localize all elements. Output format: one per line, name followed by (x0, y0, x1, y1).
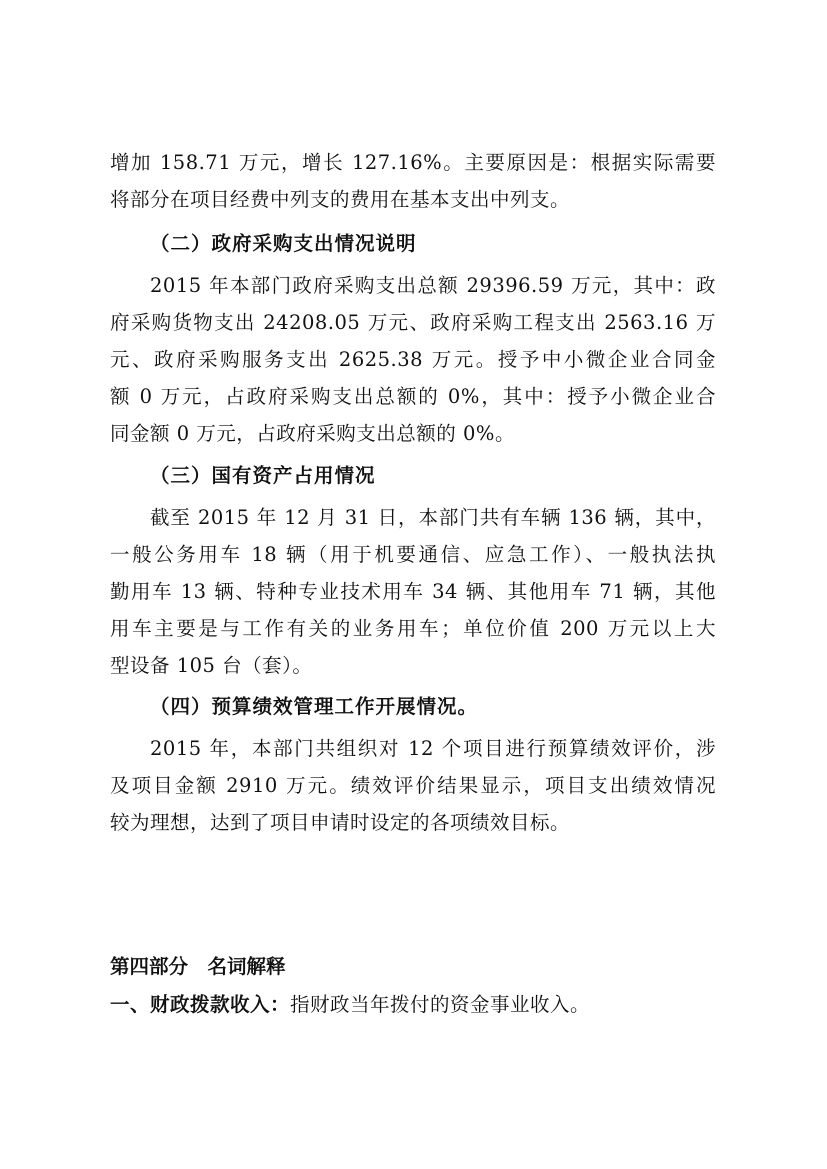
paragraph-line: 较为理想，达到了项目申请时设定的各项绩效目标。 (110, 811, 716, 835)
paragraph-line: 截至 2015 年 12 月 31 日，本部门共有车辆 136 辆，其中， (150, 506, 716, 530)
paragraph-line: 2015 年，本部门共组织对 12 个项目进行预算绩效评价，涉 (150, 737, 716, 761)
paragraph-line: 增加 158.71 万元，增长 127.16%。主要原因是：根据实际需要 (110, 151, 716, 175)
paragraph-line: 用车主要是与工作有关的业务用车；单位价值 200 万元以上大 (110, 617, 716, 641)
paragraph-line: 型设备 105 台（套）。 (110, 654, 716, 678)
section-heading-state-assets: （三）国有资产占用情况 (150, 464, 376, 488)
definition-term: 一、财政拨款收入： (110, 993, 290, 1016)
paragraph-line: 同金额 0 万元，占政府采购支出总额的 0%。 (110, 422, 716, 446)
section-heading-procurement: （二）政府采购支出情况说明 (150, 232, 417, 256)
paragraph-line: 2015 年本部门政府采购支出总额 29396.59 万元，其中：政 (150, 274, 716, 298)
paragraph-line: 将部分在项目经费中列支的费用在基本支出中列支。 (110, 188, 716, 212)
definition-text: 指财政当年拨付的资金事业收入。 (290, 993, 590, 1016)
paragraph-line: 额 0 万元，占政府采购支出总额的 0%，其中：授予小微企业合 (110, 385, 716, 409)
paragraph-line: 府采购货物支出 24208.05 万元、政府采购工程支出 2563.16 万 (110, 311, 716, 335)
part-title: 第四部分 名词解释 (110, 955, 286, 979)
paragraph-line: 元、政府采购服务支出 2625.38 万元。授予中小微企业合同金 (110, 348, 716, 372)
paragraph-line: 一般公务用车 18 辆（用于机要通信、应急工作）、一般执法执 (110, 543, 716, 567)
document-page: 增加 158.71 万元，增长 127.16%。主要原因是：根据实际需要 将部分… (0, 0, 827, 1169)
section-heading-performance: （四）预算绩效管理工作开展情况。 (150, 695, 478, 719)
definition-item: 一、财政拨款收入：指财政当年拨付的资金事业收入。 (110, 993, 590, 1017)
paragraph-line: 勤用车 13 辆、特种专业技术用车 34 辆、其他用车 71 辆，其他 (110, 580, 716, 604)
paragraph-line: 及项目金额 2910 万元。绩效评价结果显示，项目支出绩效情况 (110, 774, 716, 798)
